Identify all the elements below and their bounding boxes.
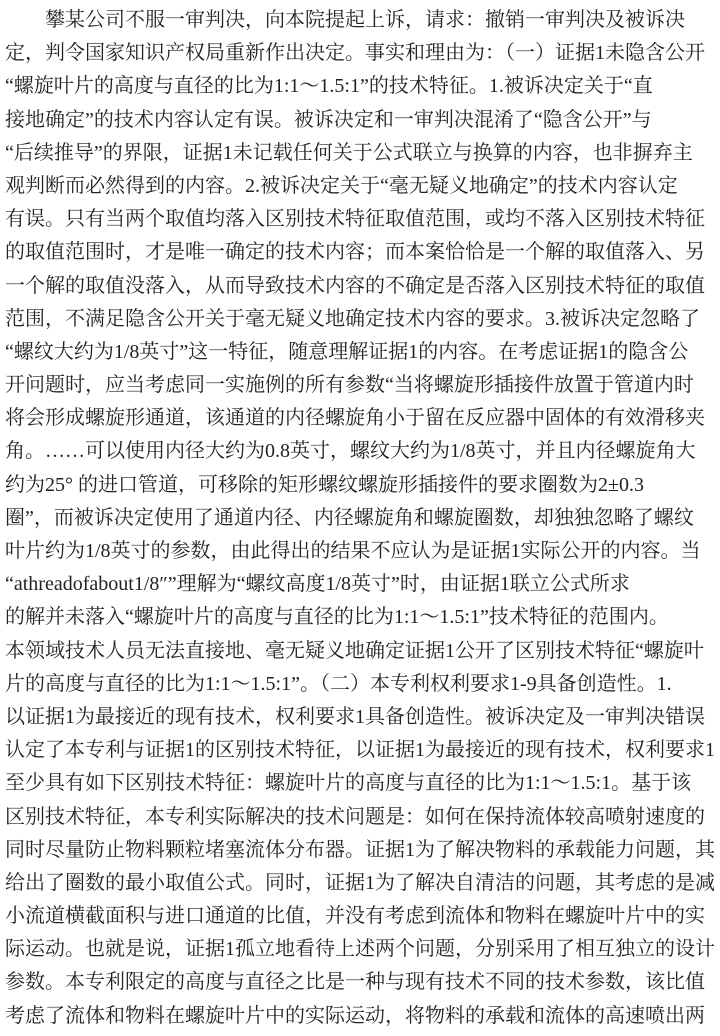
- text-line: “螺旋叶片的高度与直径的比为1:1～1.5:1”的技术特征。1.被诉决定关于“直: [5, 70, 720, 103]
- text-line: 有误。只有当两个取值均落入区别技术特征取值范围，或均不落入区别技术特征: [5, 203, 720, 236]
- text-line: 范围，不满足隐含公开关于毫无疑义地确定技术内容的要求。3.被诉决定忽略了: [5, 303, 720, 336]
- text-line: 以证据1为最接近的现有技术，权利要求1具备创造性。被诉决定及一审判决错误: [5, 701, 720, 734]
- text-line: 角。……可以使用内径大约为0.8英寸，螺纹大约为1/8英寸，并且内径螺旋角大: [5, 435, 720, 468]
- text-line: 开问题时，应当考虑同一实施例的所有参数“当将螺旋形插接件放置于管道内时: [5, 369, 720, 402]
- text-line: 接地确定”的技术内容认定有误。被诉决定和一审判决混淆了“隐含公开”与: [5, 104, 720, 137]
- text-line: 观判断而必然得到的内容。2.被诉决定关于“毫无疑义地确定”的技术内容认定: [5, 170, 720, 203]
- text-line: “后续推导”的界限，证据1未记载任何关于公式联立与换算的内容，也非摒弃主: [5, 137, 720, 170]
- text-line: 同时尽量防止物料颗粒堵塞流体分布器。证据1为了解决物料的承载能力问题，其: [5, 834, 720, 867]
- text-line: 叶片约为1/8英寸的参数，由此得出的结果不应认为是证据1实际公开的内容。当: [5, 535, 720, 568]
- text-line: 参数。本专利限定的高度与直径之比是一种与现有技术不同的技术参数，该比值: [5, 966, 720, 999]
- text-line: 本领域技术人员无法直接地、毫无疑义地确定证据1公开了区别技术特征“螺旋叶: [5, 635, 720, 668]
- text-line: 给出了圈数的最小取值公式。同时，证据1为了解决自清洁的问题，其考虑的是减: [5, 867, 720, 900]
- text-line: 的解并未落入“螺旋叶片的高度与直径的比为1:1～1.5:1”技术特征的范围内。: [5, 601, 720, 634]
- document-paragraph: 攀某公司不服一审判决，向本院提起上诉，请求：撤销一审判决及被诉决 定，判令国家知…: [5, 4, 720, 1033]
- text-line: 约为25° 的进口管道，可移除的矩形螺纹螺旋形插接件的要求圈数为2±0.3: [5, 469, 720, 502]
- text-line: 考虑了流体和物料在螺旋叶片中的实际运动，将物料的承载和流体的高速喷出两: [5, 1000, 720, 1033]
- text-line: 小流道横截面积与进口通道的比值，并没有考虑到流体和物料在螺旋叶片中的实: [5, 900, 720, 933]
- text-line: “athreadofabout1/8″”理解为“螺纹高度1/8英寸”时，由证据1…: [5, 568, 720, 601]
- text-line: 片的高度与直径的比为1:1～1.5:1”。（二）本专利权利要求1-9具备创造性。…: [5, 668, 720, 701]
- text-line: “螺纹大约为1/8英寸”这一特征，随意理解证据1的内容。在考虑证据1的隐含公: [5, 336, 720, 369]
- text-line: 一个解的取值没落入，从而导致技术内容的不确定是否落入区别技术特征的取值: [5, 270, 720, 303]
- text-line: 区别技术特征，本专利实际解决的技术问题是：如何在保持流体较高喷射速度的: [5, 801, 720, 834]
- document-page: 攀某公司不服一审判决，向本院提起上诉，请求：撤销一审判决及被诉决 定，判令国家知…: [0, 0, 720, 1036]
- text-line: 将会形成螺旋形通道，该通道的内径螺旋角小于留在反应器中固体的有效滑移夹: [5, 402, 720, 435]
- text-line: 圈”，而被诉决定使用了通道内径、内径螺旋角和螺旋圈数，却独独忽略了螺纹: [5, 502, 720, 535]
- text-line: 定，判令国家知识产权局重新作出决定。事实和理由为：（一）证据1未隐含公开: [5, 37, 720, 70]
- text-line: 至少具有如下区别技术特征：螺旋叶片的高度与直径的比为1:1～1.5:1。基于该: [5, 767, 720, 800]
- text-line: 的取值范围时，才是唯一确定的技术内容；而本案恰恰是一个解的取值落入、另: [5, 236, 720, 269]
- text-line: 认定了本专利与证据1的区别技术特征，以证据1为最接近的现有技术，权利要求1: [5, 734, 720, 767]
- text-line: 攀某公司不服一审判决，向本院提起上诉，请求：撤销一审判决及被诉决: [5, 4, 720, 37]
- text-line: 际运动。也就是说，证据1孤立地看待上述两个问题，分别采用了相互独立的设计: [5, 933, 720, 966]
